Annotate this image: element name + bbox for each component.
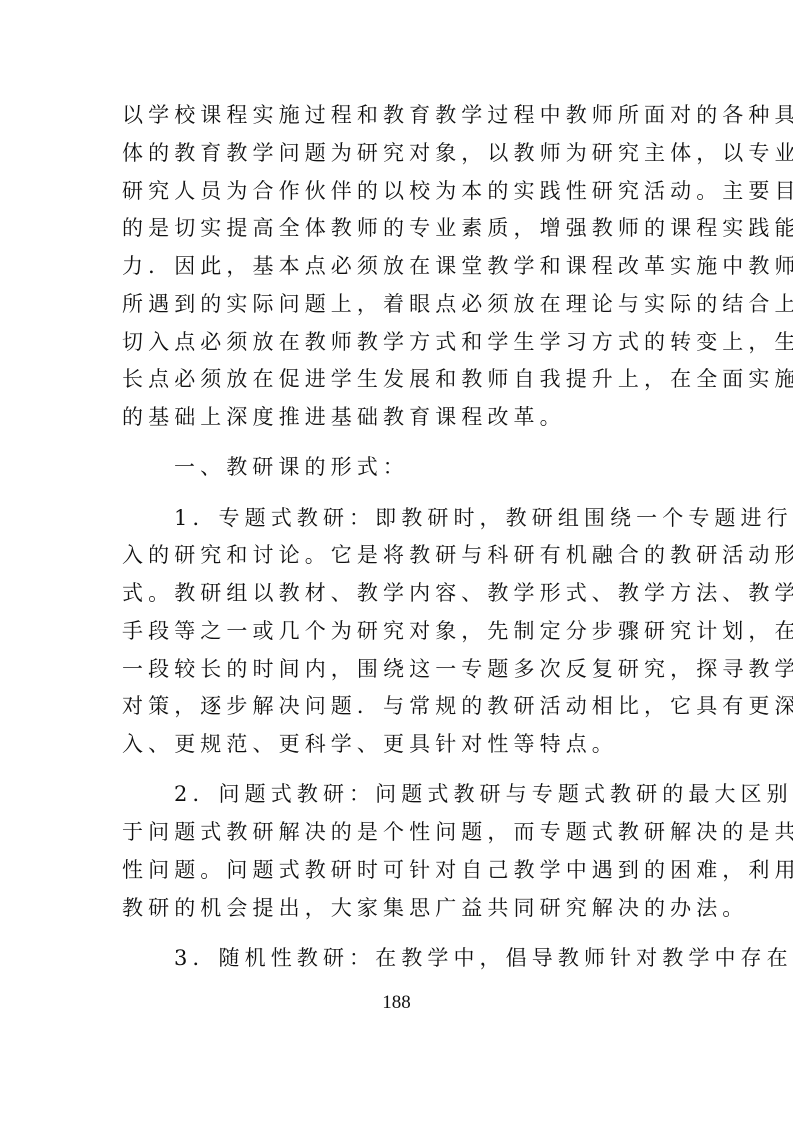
text-line: 所遇到的实际问题上，着眼点必须放在理论与实际的结合上， <box>122 286 682 324</box>
paragraph-topic-research: 1．专题式教研：即教研时，教研组围绕一个专题进行深 入的研究和讨论。它是将教研与… <box>122 500 682 764</box>
text-line: 体的教育教学问题为研究对象，以教师为研究主体，以专业 <box>122 135 682 173</box>
paragraph-problem-research: 2．问题式教研：问题式教研与专题式教研的最大区别在 于问题式教研解决的是个性问题… <box>122 776 682 927</box>
page-number: 188 <box>0 992 793 1014</box>
document-page: 以学校课程实施过程和教育教学过程中教师所面对的各种具 体的教育教学问题为研究对象… <box>122 97 682 990</box>
text-line: 1．专题式教研：即教研时，教研组围绕一个专题进行深 <box>122 500 682 538</box>
text-line: 切入点必须放在教师教学方式和学生学习方式的转变上，生 <box>122 324 682 362</box>
text-line: 研究人员为合作伙伴的以校为本的实践性研究活动。主要目 <box>122 173 682 211</box>
text-line: 于问题式教研解决的是个性问题，而专题式教研解决的是共 <box>122 814 682 852</box>
text-line: 入的研究和讨论。它是将教研与科研有机融合的教研活动形 <box>122 537 682 575</box>
text-line: 入、更规范、更科学、更具针对性等特点。 <box>122 726 682 764</box>
text-line: 2．问题式教研：问题式教研与专题式教研的最大区别在 <box>122 776 682 814</box>
text-line: 的基础上深度推进基础教育课程改革。 <box>122 399 682 437</box>
text-line: 性问题。问题式教研时可针对自己教学中遇到的困难，利用 <box>122 852 682 890</box>
text-line: 教研的机会提出，大家集思广益共同研究解决的办法。 <box>122 890 682 928</box>
text-line: 长点必须放在促进学生发展和教师自我提升上，在全面实施 <box>122 361 682 399</box>
text-line: 对策，逐步解决问题．与常规的教研活动相比，它具有更深 <box>122 688 682 726</box>
text-line: 一段较长的时间内，围绕这一专题多次反复研究，探寻教学 <box>122 651 682 689</box>
text-line: 3．随机性教研：在教学中，倡导教师针对教学中存在的 <box>122 940 682 978</box>
heading-text: 一、教研课的形式： <box>122 449 682 487</box>
text-line: 以学校课程实施过程和教育教学过程中教师所面对的各种具 <box>122 97 682 135</box>
paragraph-random-research: 3．随机性教研：在教学中，倡导教师针对教学中存在的 <box>122 940 682 978</box>
text-line: 力．因此，基本点必须放在课堂教学和课程改革实施中教师 <box>122 248 682 286</box>
text-line: 手段等之一或几个为研究对象，先制定分步骤研究计划，在 <box>122 613 682 651</box>
text-line: 式。教研组以教材、教学内容、教学形式、教学方法、教学 <box>122 575 682 613</box>
paragraph-intro: 以学校课程实施过程和教育教学过程中教师所面对的各种具 体的教育教学问题为研究对象… <box>122 97 682 437</box>
text-line: 的是切实提高全体教师的专业素质，增强教师的课程实践能 <box>122 210 682 248</box>
section-heading: 一、教研课的形式： <box>122 449 682 487</box>
